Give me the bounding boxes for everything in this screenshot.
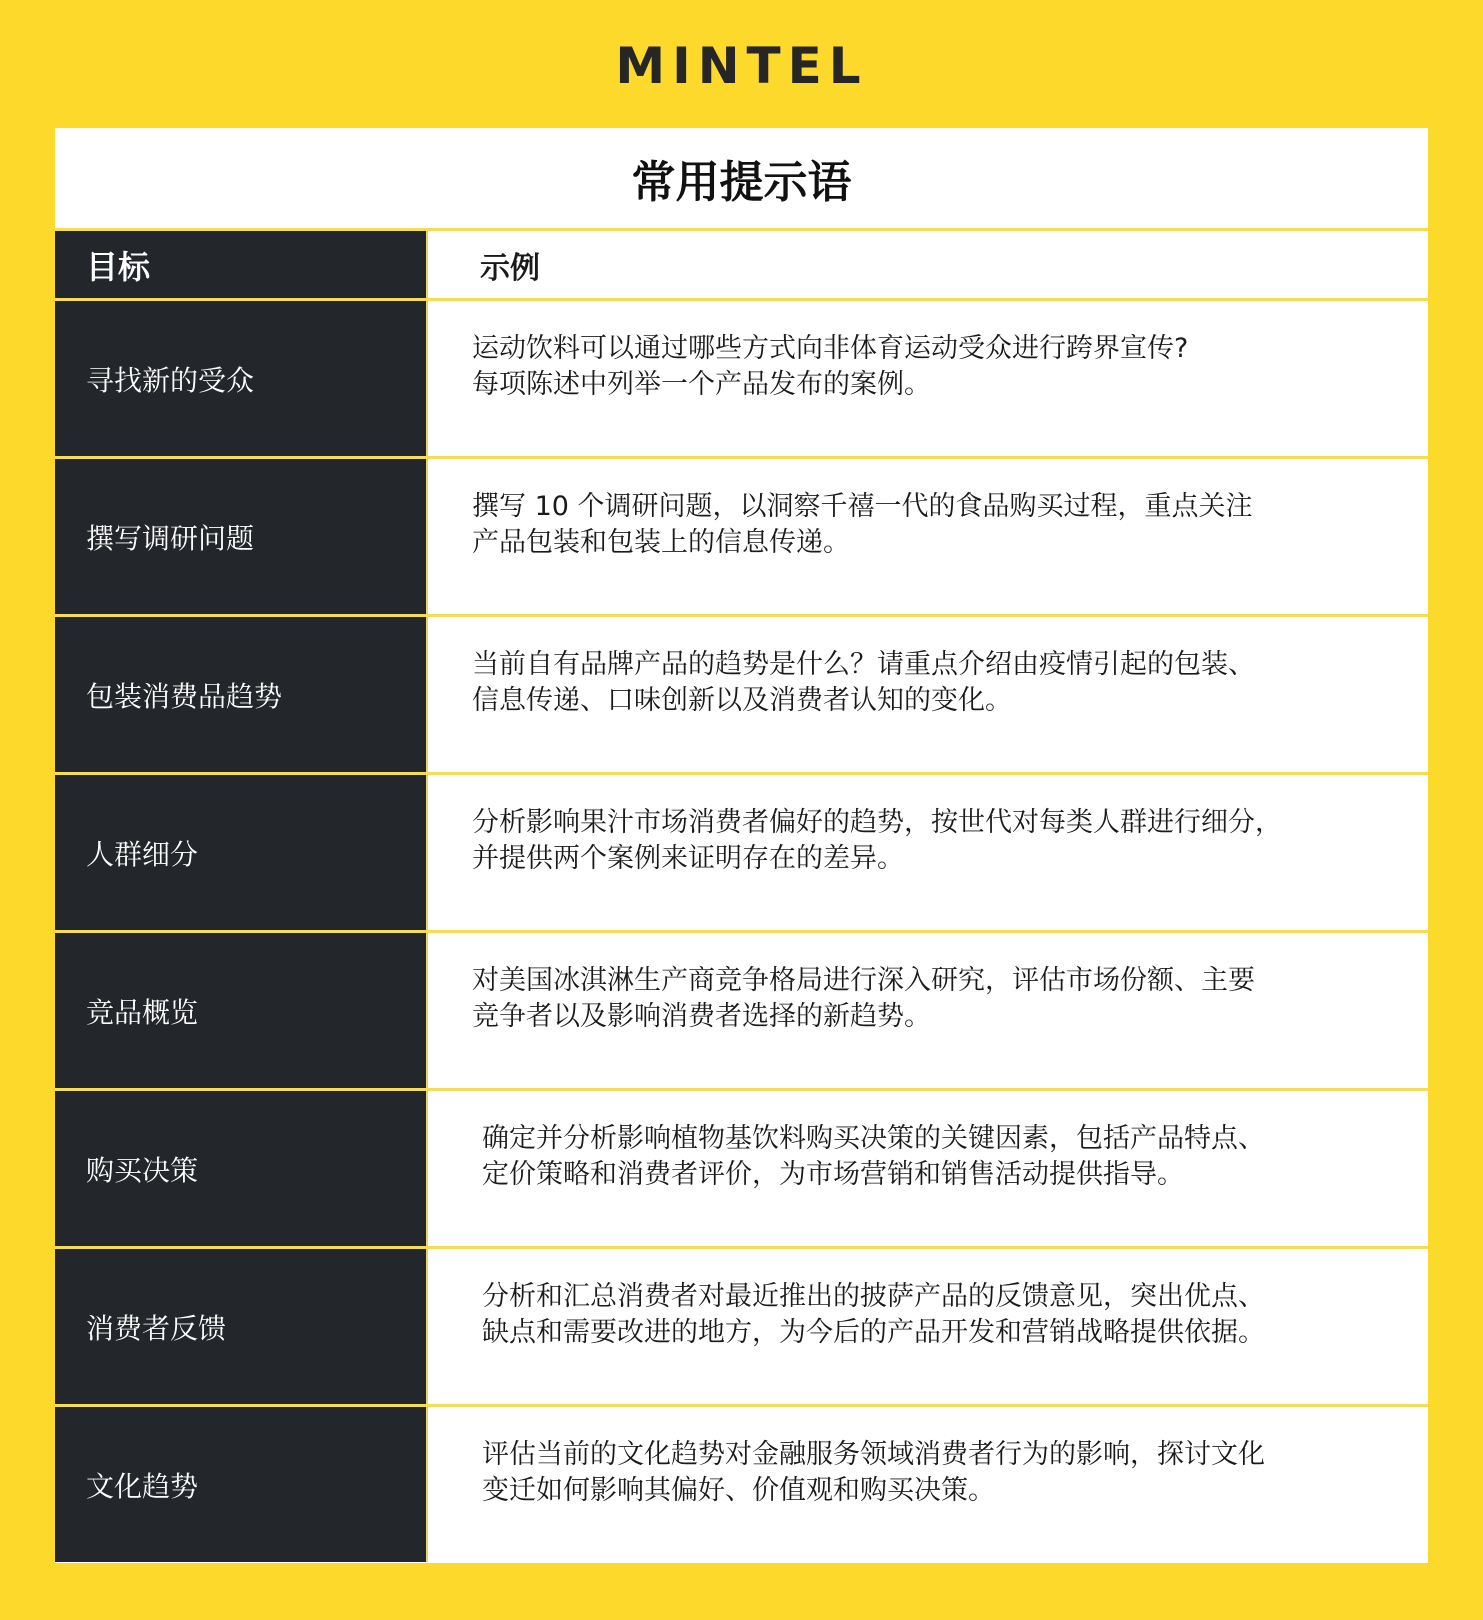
table-row: 文化趋势 评估当前的文化趋势对金融服务领域消费者行为的影响，探讨文化 变迁如何影… [55,1404,1428,1562]
table-row: 包装消费品趋势 当前自有品牌产品的趋势是什么？请重点介绍由疫情引起的包装、 信息… [55,614,1428,772]
example-cell: 分析和汇总消费者对最近推出的披萨产品的反馈意见，突出优点、 缺点和需要改进的地方… [428,1249,1428,1404]
table-title: 常用提示语 [55,128,1428,228]
header-goal: 目标 [55,231,428,298]
example-text: 运动饮料可以通过哪些方式向非体育运动受众进行跨界宣传? 每项陈述中列举一个产品发… [472,331,1188,403]
goal-cell: 人群细分 [55,775,428,930]
prompts-table-panel: 常用提示语 目标 示例 寻找新的受众 运动饮料可以通过哪些方式向非体育运动受众进… [55,128,1428,1563]
example-text: 当前自有品牌产品的趋势是什么？请重点介绍由疫情引起的包装、 信息传递、口味创新以… [472,647,1255,719]
goal-cell: 撰写调研问题 [55,459,428,614]
example-cell: 确定并分析影响植物基饮料购买决策的关键因素，包括产品特点、 定价策略和消费者评价… [428,1091,1428,1246]
table-row: 竞品概览 对美国冰淇淋生产商竞争格局进行深入研究，评估市场份额、主要 竞争者以及… [55,930,1428,1088]
mintel-logo: MINTEL [0,36,1483,96]
example-text: 评估当前的文化趋势对金融服务领域消费者行为的影响，探讨文化 变迁如何影响其偏好、… [482,1437,1265,1509]
example-text: 分析和汇总消费者对最近推出的披萨产品的反馈意见，突出优点、 缺点和需要改进的地方… [482,1279,1265,1351]
example-cell: 撰写 10 个调研问题，以洞察千禧一代的食品购买过程，重点关注 产品包装和包装上… [428,459,1428,614]
table-row: 寻找新的受众 运动饮料可以通过哪些方式向非体育运动受众进行跨界宣传? 每项陈述中… [55,298,1428,456]
goal-cell: 消费者反馈 [55,1249,428,1404]
header-example: 示例 [428,231,1428,298]
goal-cell: 文化趋势 [55,1407,428,1562]
goal-cell: 竞品概览 [55,933,428,1088]
example-text: 对美国冰淇淋生产商竞争格局进行深入研究，评估市场份额、主要 竞争者以及影响消费者… [472,963,1255,1035]
example-cell: 对美国冰淇淋生产商竞争格局进行深入研究，评估市场份额、主要 竞争者以及影响消费者… [428,933,1428,1088]
prompts-table: 目标 示例 寻找新的受众 运动饮料可以通过哪些方式向非体育运动受众进行跨界宣传?… [55,228,1428,1562]
example-text: 确定并分析影响植物基饮料购买决策的关键因素，包括产品特点、 定价策略和消费者评价… [482,1121,1265,1193]
goal-cell: 寻找新的受众 [55,301,428,456]
example-cell: 分析影响果汁市场消费者偏好的趋势，按世代对每类人群进行细分， 并提供两个案例来证… [428,775,1428,930]
goal-cell: 购买决策 [55,1091,428,1246]
table-row: 撰写调研问题 撰写 10 个调研问题，以洞察千禧一代的食品购买过程，重点关注 产… [55,456,1428,614]
table-row: 人群细分 分析影响果汁市场消费者偏好的趋势，按世代对每类人群进行细分， 并提供两… [55,772,1428,930]
table-header-row: 目标 示例 [55,228,1428,298]
example-cell: 运动饮料可以通过哪些方式向非体育运动受众进行跨界宣传? 每项陈述中列举一个产品发… [428,301,1428,456]
example-text: 撰写 10 个调研问题，以洞察千禧一代的食品购买过程，重点关注 产品包装和包装上… [472,489,1253,561]
table-row: 消费者反馈 分析和汇总消费者对最近推出的披萨产品的反馈意见，突出优点、 缺点和需… [55,1246,1428,1404]
example-cell: 当前自有品牌产品的趋势是什么？请重点介绍由疫情引起的包装、 信息传递、口味创新以… [428,617,1428,772]
table-row: 购买决策 确定并分析影响植物基饮料购买决策的关键因素，包括产品特点、 定价策略和… [55,1088,1428,1246]
goal-cell: 包装消费品趋势 [55,617,428,772]
example-text: 分析影响果汁市场消费者偏好的趋势，按世代对每类人群进行细分， 并提供两个案例来证… [472,805,1282,877]
example-cell: 评估当前的文化趋势对金融服务领域消费者行为的影响，探讨文化 变迁如何影响其偏好、… [428,1407,1428,1562]
